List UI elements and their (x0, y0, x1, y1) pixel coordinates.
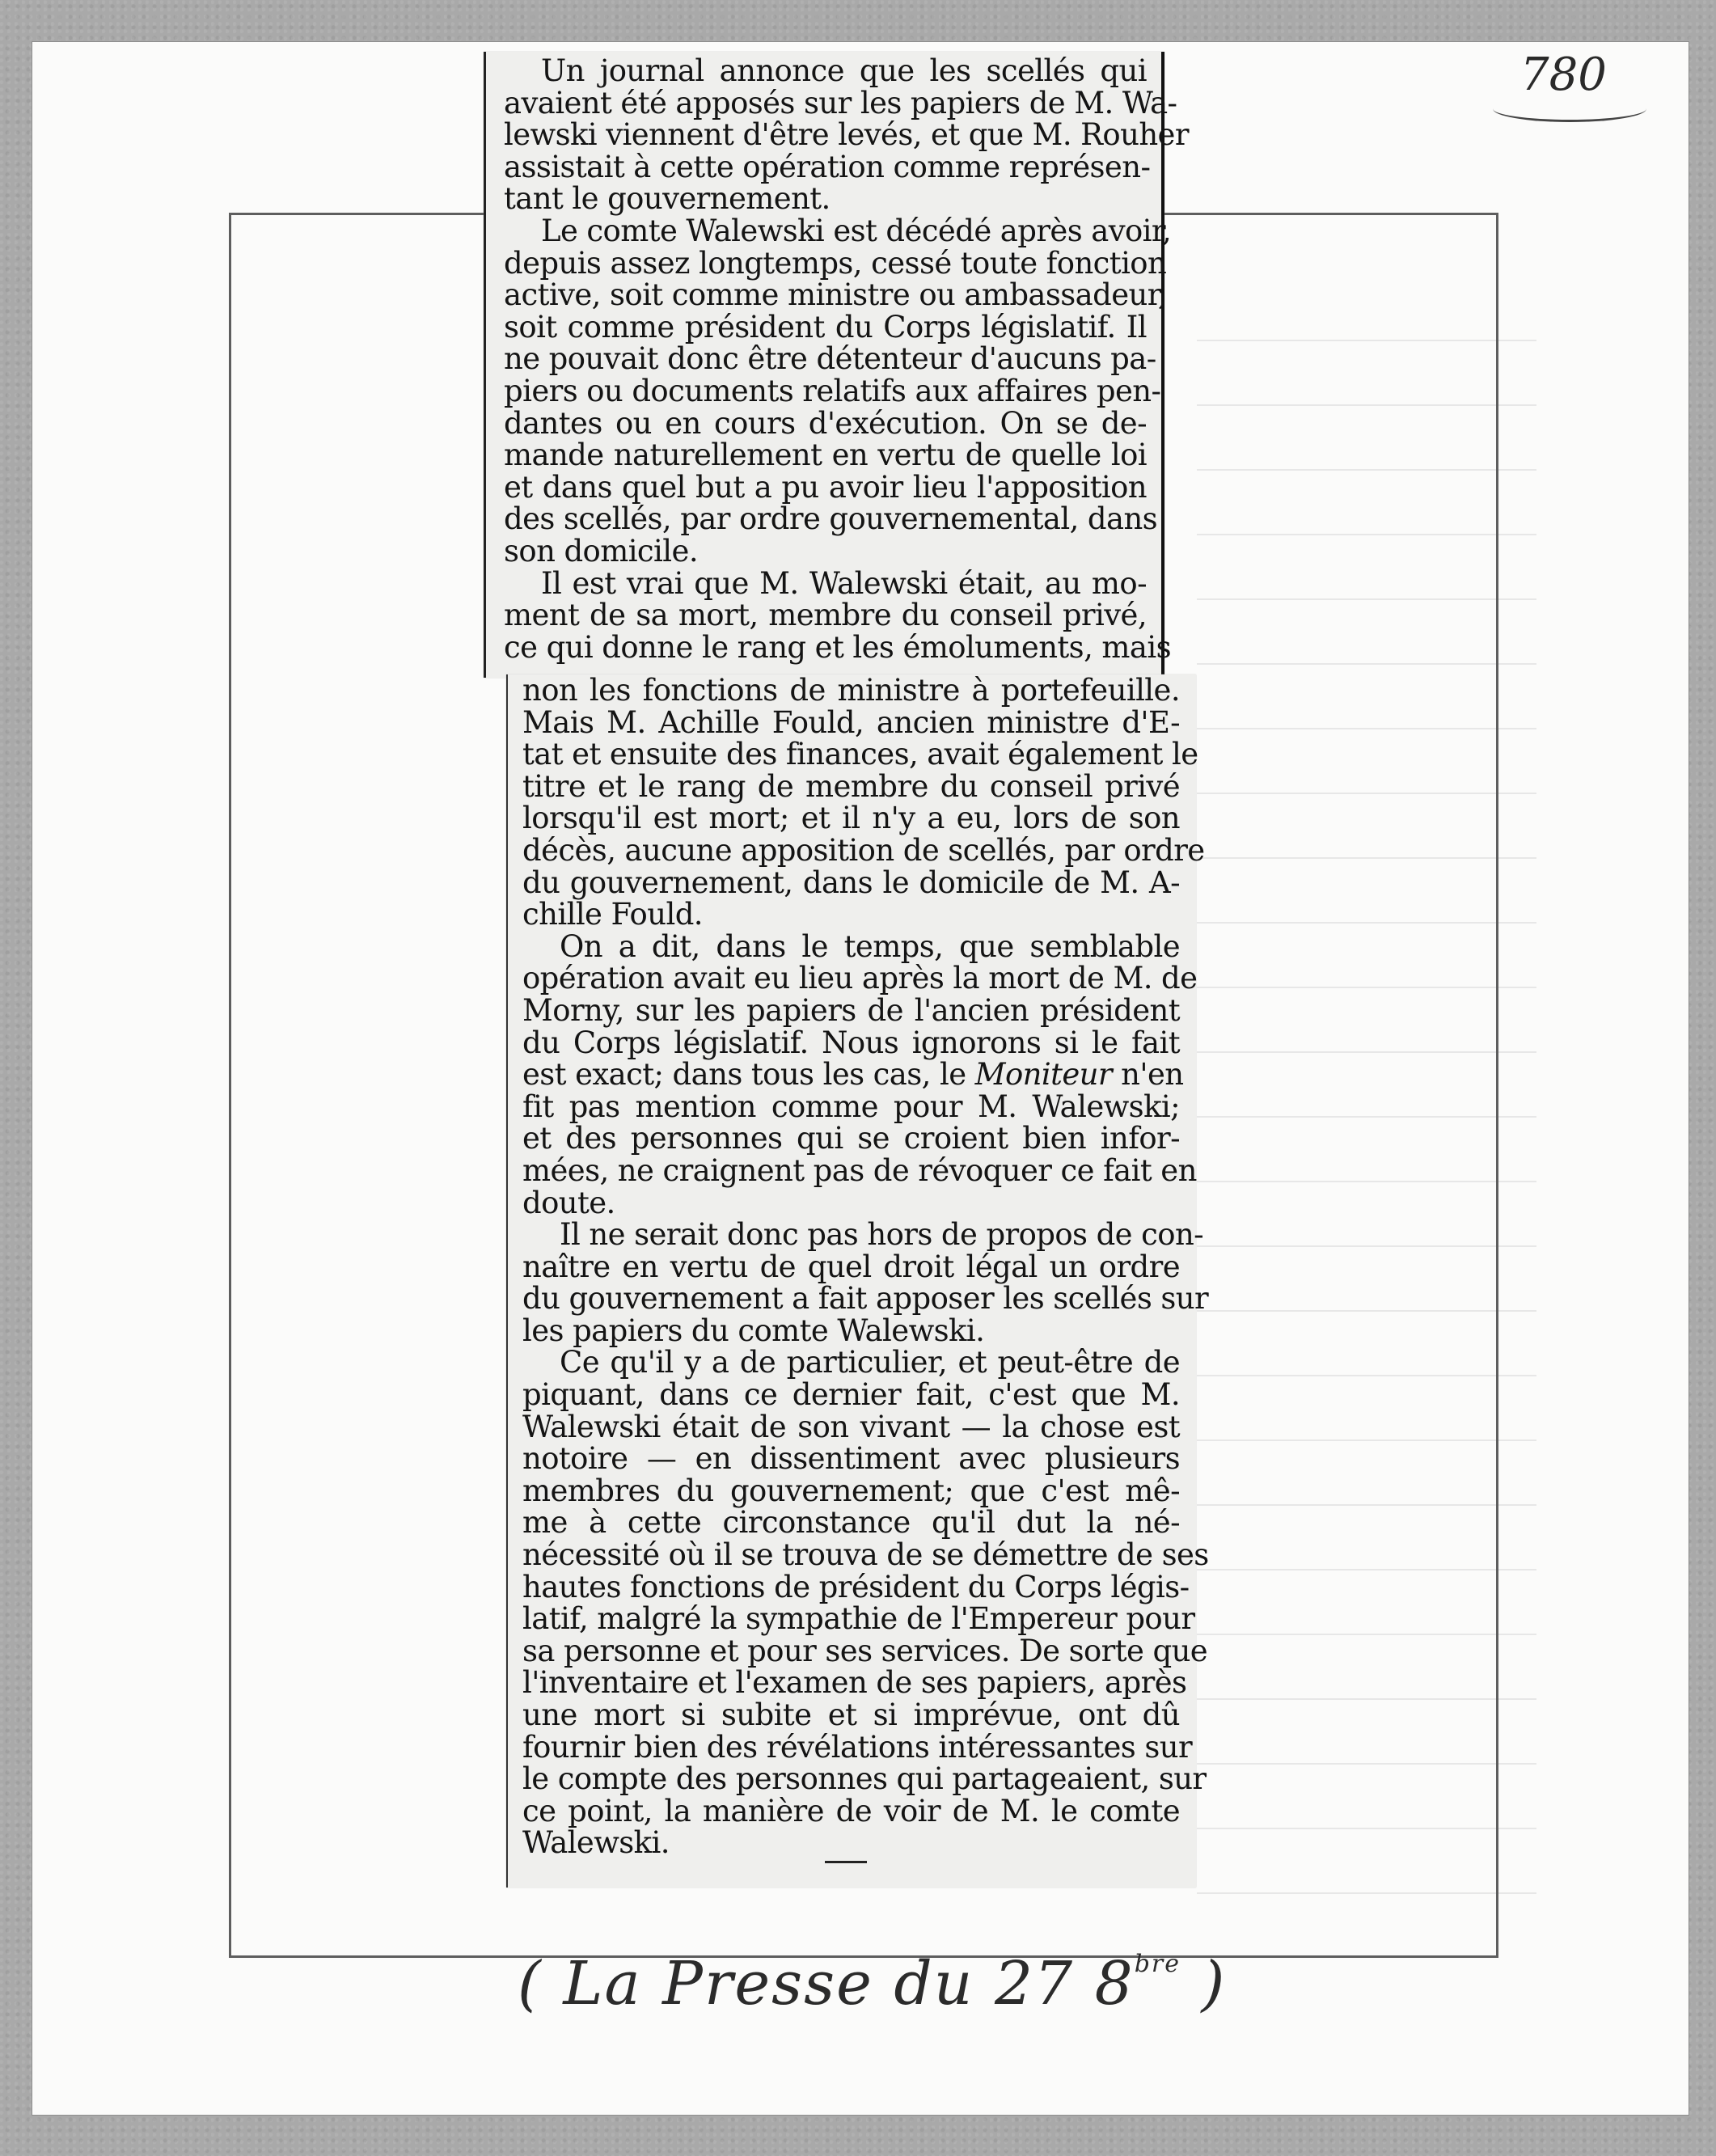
article-line: du gouvernement a fait apposer les scell… (522, 1283, 1180, 1315)
article-line: naître en vertu de quel droit légal un o… (522, 1251, 1180, 1283)
article-line: et dans quel but a pu avoir lieu l'appos… (504, 471, 1147, 504)
article-paragraph: Un journal annonce que les scellés quiav… (504, 55, 1147, 215)
article-line: doute. (522, 1187, 1180, 1220)
article-end-rule (825, 1861, 867, 1863)
article-line: Il est vrai que M. Walewski était, au mo… (504, 568, 1147, 600)
article-paragraph: On a dit, dans le temps, que semblableop… (522, 931, 1180, 1219)
article-line: Walewski. (522, 1827, 1180, 1859)
page-number-flourish (1493, 95, 1646, 122)
article-line: piquant, dans ce dernier fait, c'est que… (522, 1379, 1180, 1411)
article-paragraph: non les fonctions de ministre à portefeu… (522, 674, 1180, 931)
article-line: mées, ne craignent pas de révoquer ce fa… (522, 1155, 1180, 1187)
article-line: lewski viennent d'être levés, et que M. … (504, 119, 1147, 151)
article-line: est exact; dans tous les cas, le Moniteu… (522, 1059, 1180, 1091)
clipping-column-top: Un journal annonce que les scellés quiav… (486, 55, 1161, 663)
article-line: hautes fonctions de président du Corps l… (522, 1571, 1180, 1604)
article-line: décès, aucune apposition de scellés, par… (522, 835, 1180, 867)
article-line: piers ou documents relatifs aux affaires… (504, 375, 1147, 408)
article-line: du gouvernement, dans le domicile de M. … (522, 867, 1180, 899)
article-line: sa personne et pour ses services. De sor… (522, 1635, 1180, 1668)
article-line: titre et le rang de membre du conseil pr… (522, 771, 1180, 803)
article-line: membres du gouvernement; que c'est mê- (522, 1475, 1180, 1507)
article-paragraph: Il ne serait donc pas hors de propos de … (522, 1219, 1180, 1346)
article-line: opération avait eu lieu après la mort de… (522, 962, 1180, 995)
article-line: Un journal annonce que les scellés qui (504, 55, 1147, 87)
article-line: le compte des personnes qui partageaient… (522, 1763, 1180, 1795)
article-line: assistait à cette opération comme représ… (504, 151, 1147, 184)
article-line: ment de sa mort, membre du conseil privé… (504, 599, 1147, 632)
article-line: nécessité où il se trouva de se démettre… (522, 1539, 1180, 1571)
attribution-text: ( La Presse du 27 8 (518, 1949, 1135, 2019)
article-line: mande naturellement en vertu de quelle l… (504, 439, 1147, 471)
article-line: Il ne serait donc pas hors de propos de … (522, 1219, 1180, 1251)
article-line: fournir bien des révélations intéressant… (522, 1731, 1180, 1764)
article-line: active, soit comme ministre ou ambassade… (504, 279, 1147, 311)
article-line: Mais M. Achille Fould, ancien ministre d… (522, 707, 1180, 739)
article-line: chille Fould. (522, 898, 1180, 931)
article-line: ne pouvait donc être détenteur d'aucuns … (504, 343, 1147, 375)
article-paragraph: Ce qu'il y a de particulier, et peut-êtr… (522, 1346, 1180, 1859)
page-number: 780 (1520, 49, 1607, 101)
article-line: les papiers du comte Walewski. (522, 1315, 1180, 1347)
newspaper-title-italic: Moniteur (975, 1057, 1112, 1092)
article-line: soit comme président du Corps législatif… (504, 311, 1147, 344)
article-line: ce point, la manière de voir de M. le co… (522, 1795, 1180, 1828)
newspaper-clipping-bottom: non les fonctions de ministre à portefeu… (506, 674, 1196, 1888)
article-line: depuis assez longtemps, cessé toute fonc… (504, 247, 1147, 280)
article-line: non les fonctions de ministre à portefeu… (522, 674, 1180, 707)
article-line: Le comte Walewski est décédé après avoir… (504, 215, 1147, 247)
handwritten-source-attribution: ( La Presse du 27 8bre ) (518, 1949, 1164, 2046)
attribution-close: ) (1181, 1949, 1226, 2019)
article-line: avaient été apposés sur les papiers de M… (504, 87, 1147, 120)
article-line: Walewski était de son vivant — la chose … (522, 1411, 1180, 1444)
article-line: Morny, sur les papiers de l'ancien prési… (522, 995, 1180, 1027)
article-line: une mort si subite et si imprévue, ont d… (522, 1699, 1180, 1731)
article-line: latif, malgré la sympathie de l'Empereur… (522, 1603, 1180, 1635)
newspaper-clipping-top: Un journal annonce que les scellés quiav… (484, 52, 1164, 678)
article-line: des scellés, par ordre gouvernemental, d… (504, 503, 1147, 535)
article-line: On a dit, dans le temps, que semblable (522, 931, 1180, 963)
article-line: et des personnes qui se croient bien inf… (522, 1122, 1180, 1155)
attribution-superscript: bre (1135, 1950, 1181, 1978)
article-line: lorsqu'il est mort; et il n'y a eu, lors… (522, 802, 1180, 835)
article-line: tat et ensuite des finances, avait égale… (522, 738, 1180, 771)
article-line: l'inventaire et l'examen de ses papiers,… (522, 1667, 1180, 1699)
article-line: son domicile. (504, 535, 1147, 568)
article-line: ce qui donne le rang et les émoluments, … (504, 632, 1147, 664)
article-line: fit pas mention comme pour M. Walewski; (522, 1091, 1180, 1123)
clipping-column-bottom: non les fonctions de ministre à portefeu… (508, 674, 1196, 1859)
article-line: notoire — en dissentiment avec plusieurs (522, 1443, 1180, 1475)
article-line: du Corps législatif. Nous ignorons si le… (522, 1027, 1180, 1059)
article-line: tant le gouvernement. (504, 183, 1147, 215)
article-paragraph: Le comte Walewski est décédé après avoir… (504, 215, 1147, 568)
article-line: Ce qu'il y a de particulier, et peut-êtr… (522, 1346, 1180, 1379)
article-line: dantes ou en cours d'exécution. On se de… (504, 408, 1147, 440)
article-paragraph: Il est vrai que M. Walewski était, au mo… (504, 568, 1147, 664)
article-line: me à cette circonstance qu'il dut la né- (522, 1507, 1180, 1539)
